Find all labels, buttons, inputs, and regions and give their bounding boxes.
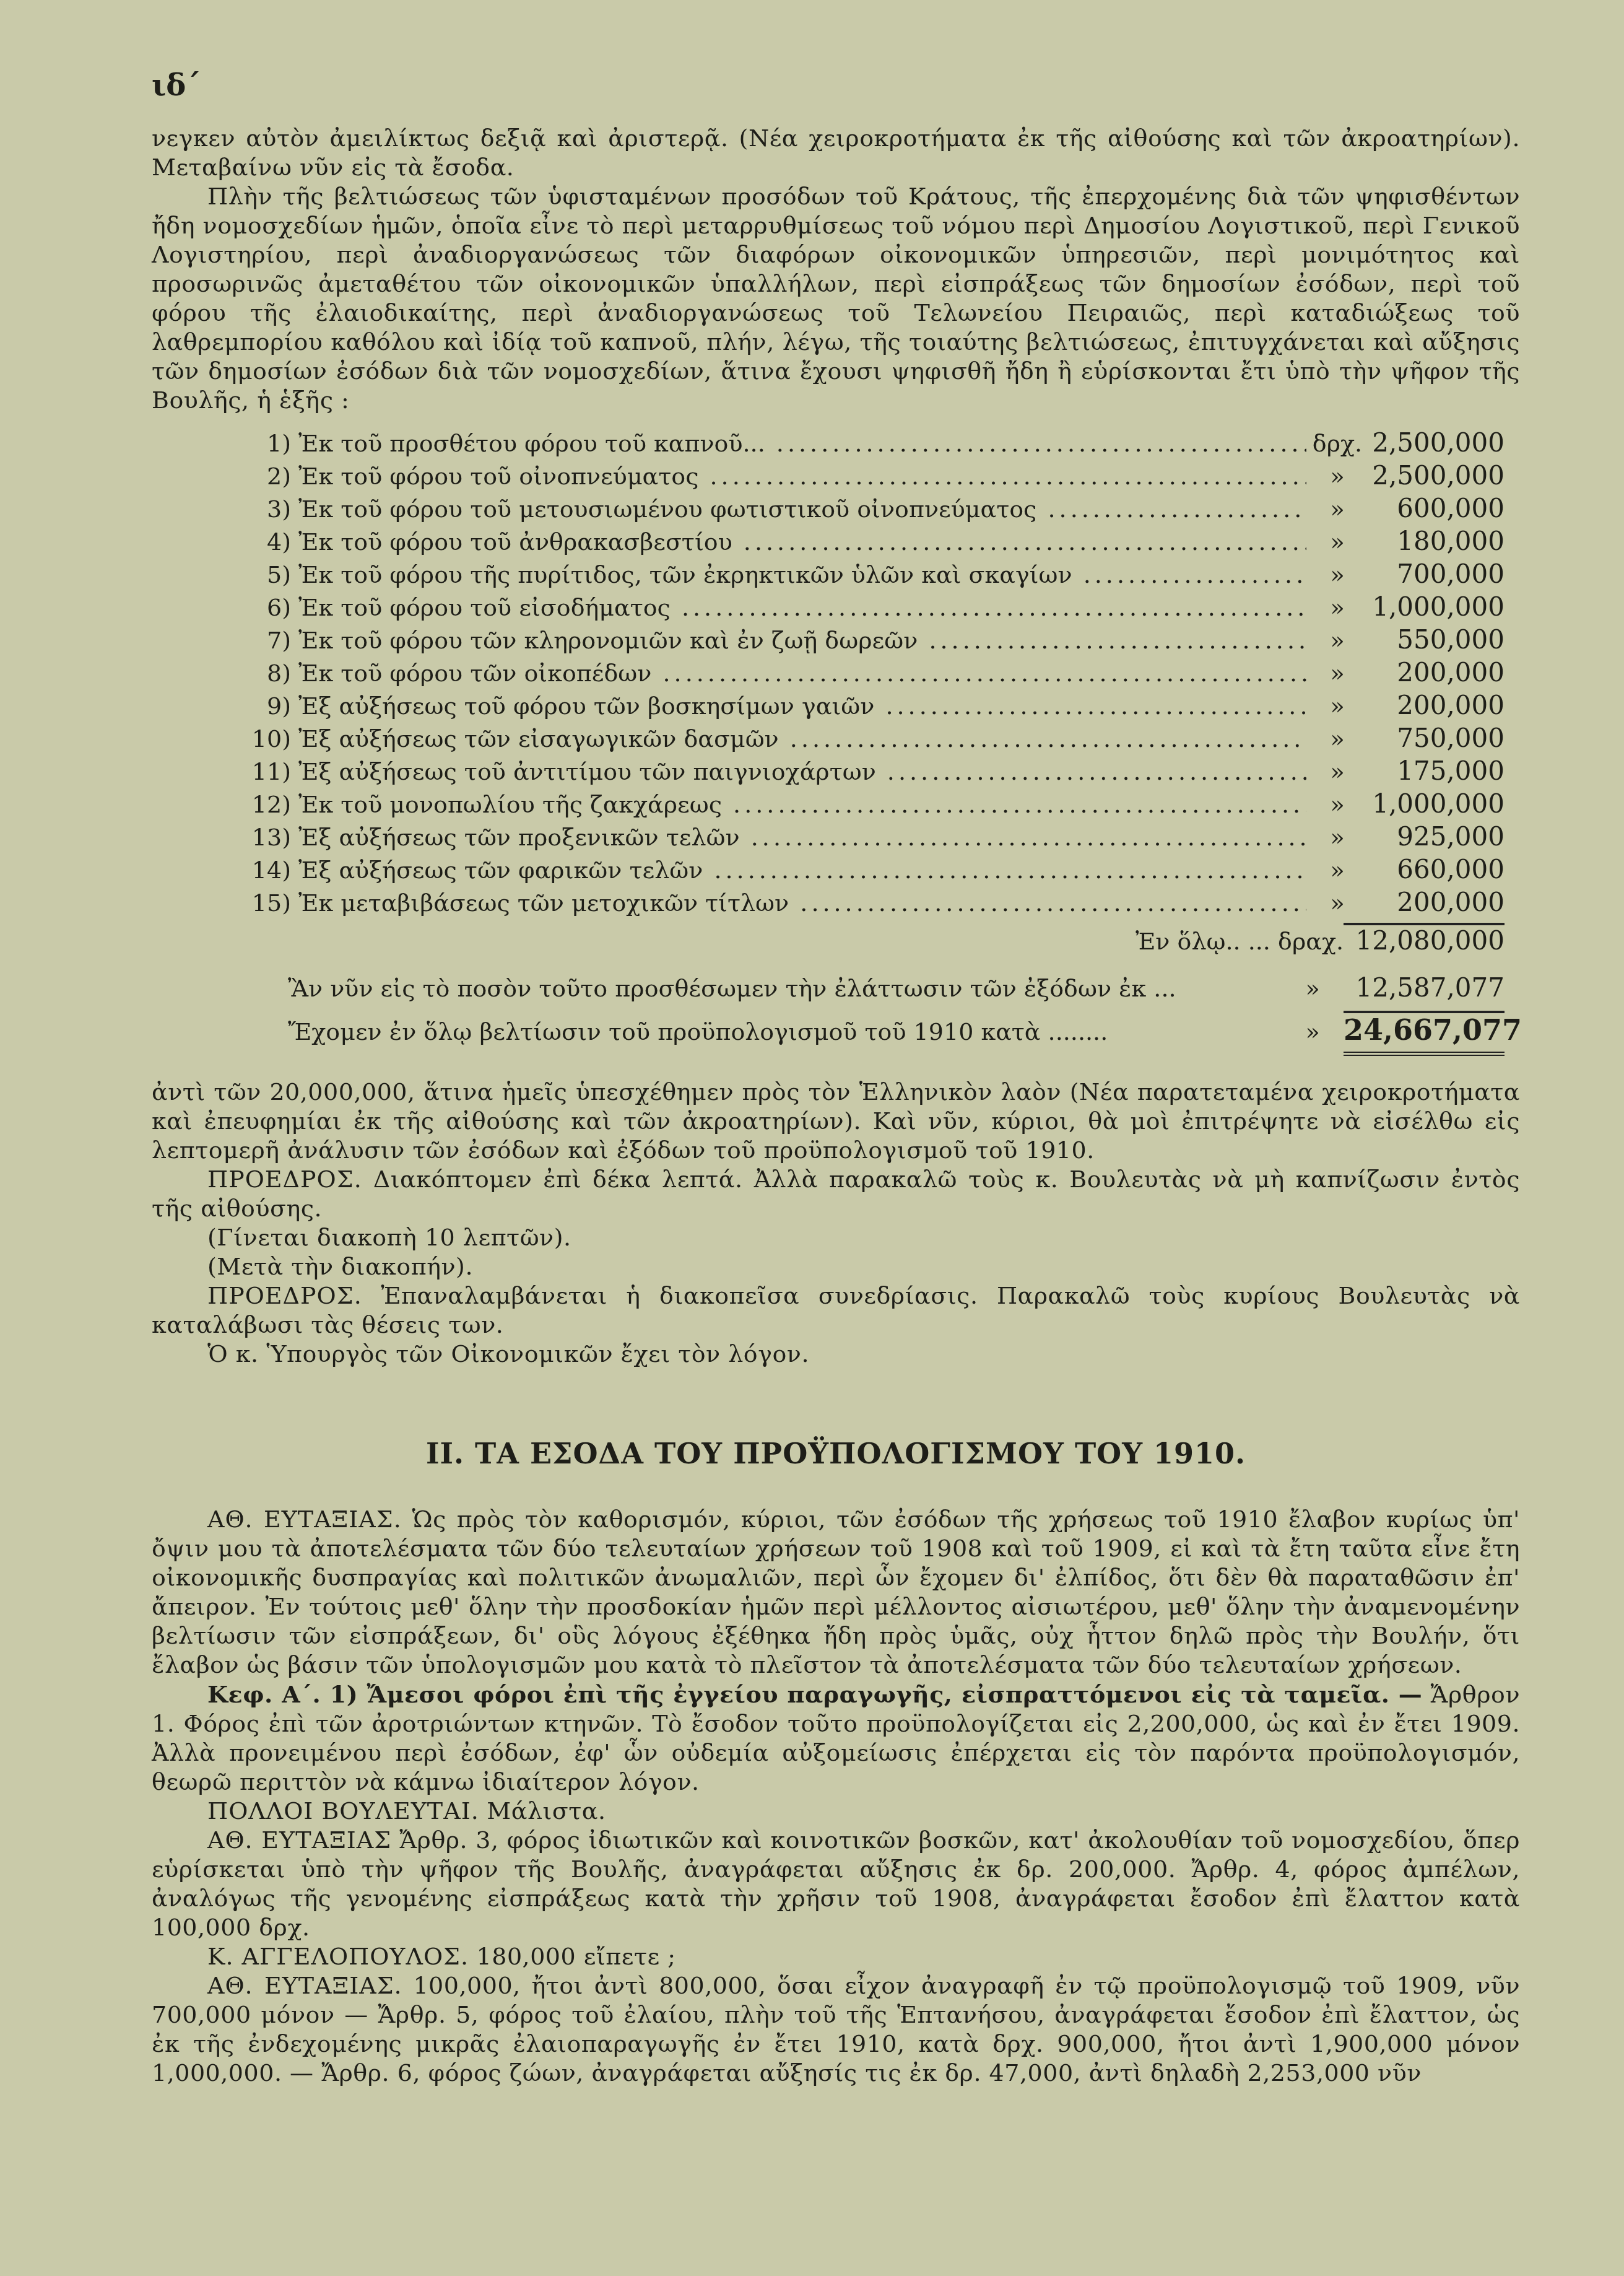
item-amount: 750,000 bbox=[1368, 723, 1505, 753]
item-number: 7) bbox=[241, 627, 291, 654]
item-amount: 925,000 bbox=[1368, 821, 1505, 852]
item-number: 14) bbox=[241, 857, 291, 884]
item-description: Ἐκ μεταβιβάσεως τῶν μετοχικῶν τίτλων bbox=[298, 889, 1306, 917]
item-amount: 600,000 bbox=[1368, 493, 1505, 523]
item-description: Ἐξ αὐξήσεως τῶν εἰσαγωγικῶν δασμῶν bbox=[298, 725, 1306, 752]
chapter-a-paragraph: Κεφ. Α΄. 1) Ἄμεσοι φόροι ἐπὶ τῆς ἐγγείου… bbox=[152, 1680, 1520, 1797]
item-number: 8) bbox=[241, 660, 291, 687]
item-description: Ἐκ τοῦ φόρου τοῦ εἰσοδήματος bbox=[298, 594, 1306, 621]
item-number: 13) bbox=[241, 824, 291, 851]
minister-floor-note: Ὁ κ. Ὑπουργὸς τῶν Οἰκονομικῶν ἔχει τὸν λ… bbox=[152, 1340, 1520, 1369]
revenue-row: 6)Ἐκ τοῦ φόρου τοῦ εἰσοδήματος»1,000,000 bbox=[241, 591, 1505, 624]
item-unit: » bbox=[1306, 758, 1368, 785]
item-description: Ἐκ τοῦ φόρου τοῦ ἀνθρακασβεστίου bbox=[298, 528, 1306, 556]
page-number: ιδ´ bbox=[152, 68, 201, 103]
revenue-row: 1)Ἐκ τοῦ προσθέτου φόρου τοῦ καπνοῦ...δρ… bbox=[241, 427, 1505, 460]
item-number: 3) bbox=[241, 495, 291, 523]
item-unit: » bbox=[1306, 561, 1368, 588]
item-description: Ἐξ αὐξήσεως τοῦ φόρου τῶν βοσκησίμων γαι… bbox=[298, 692, 1306, 720]
item-description: Ἐξ αὐξήσεως τῶν φαρικῶν τελῶν bbox=[298, 857, 1306, 884]
expense-reduction-amount: 12,587,077 bbox=[1344, 972, 1505, 1003]
item-unit: » bbox=[1306, 528, 1368, 556]
revenue-list: 1)Ἐκ τοῦ προσθέτου φόρου τοῦ καπνοῦ...δρ… bbox=[241, 427, 1505, 920]
item-amount: 1,000,000 bbox=[1368, 788, 1505, 819]
item-description: Ἐκ τοῦ προσθέτου φόρου τοῦ καπνοῦ... bbox=[298, 430, 1306, 457]
item-number: 12) bbox=[241, 791, 291, 818]
item-amount: 200,000 bbox=[1368, 690, 1505, 720]
item-number: 1) bbox=[241, 430, 291, 457]
eftaxias-speech-1: ΑΘ. ΕΥΤΑΞΙΑΣ. Ὡς πρὸς τὸν καθορισμόν, κύ… bbox=[152, 1505, 1520, 1680]
revenue-row: 5)Ἐκ τοῦ φόρου τῆς πυρίτιδος, τῶν ἐκρηκτ… bbox=[241, 559, 1505, 591]
item-unit: » bbox=[1306, 791, 1368, 818]
grand-total-label: Ἔχομεν ἐν ὅλῳ βελτίωσιν τοῦ προϋπολογισμ… bbox=[288, 1018, 1282, 1045]
speaker-name: ΠΡΟΕΔΡΟΣ. bbox=[207, 1166, 362, 1193]
item-number: 11) bbox=[241, 758, 291, 785]
item-amount: 200,000 bbox=[1368, 887, 1505, 917]
item-description: Ἐξ αὐξήσεως τῶν προξενικῶν τελῶν bbox=[298, 824, 1306, 851]
section-heading: II. ΤΑ ΕΣΟΔΑ ΤΟΥ ΠΡΟΫΠΟΛΟΓΙΣΜΟΥ ΤΟΥ 1910… bbox=[152, 1437, 1520, 1470]
item-unit: » bbox=[1306, 463, 1368, 490]
totals-block: Ἐν ὅλῳ.. ... δραχ. 12,080,000 Ἂν νῦν εἰς… bbox=[288, 923, 1505, 1056]
item-description: Ἐκ τοῦ φόρου τῆς πυρίτιδος, τῶν ἐκρηκτικ… bbox=[298, 561, 1306, 588]
grand-total-amount: 24,667,077 bbox=[1344, 1013, 1505, 1047]
speaker-name: ΑΘ. ΕΥΤΑΞΙΑΣ. bbox=[207, 1972, 402, 1999]
item-amount: 180,000 bbox=[1368, 526, 1505, 556]
item-unit: » bbox=[1306, 857, 1368, 884]
item-amount: 700,000 bbox=[1368, 559, 1505, 589]
item-unit: » bbox=[1306, 627, 1368, 654]
grand-total-row: Ἔχομεν ἐν ὅλῳ βελτίωσιν τοῦ προϋπολογισμ… bbox=[288, 1013, 1505, 1052]
item-amount: 200,000 bbox=[1368, 657, 1505, 687]
expense-reduction-label: Ἂν νῦν εἰς τὸ ποσὸν τοῦτο προσθέσωμεν τὴ… bbox=[288, 975, 1282, 1002]
item-unit: » bbox=[1306, 692, 1368, 720]
item-number: 15) bbox=[241, 889, 291, 917]
item-number: 5) bbox=[241, 561, 291, 588]
intro-paragraph-1: νεγκεν αὐτὸν ἀμειλίκτως δεξιᾷ καὶ ἀριστε… bbox=[152, 124, 1520, 182]
eftaxias-speech-2: ΑΘ. ΕΥΤΑΞΙΑΣ Ἄρθρ. 3, φόρος ἰδιωτικῶν κα… bbox=[152, 1826, 1520, 1942]
speaker-name: ΑΘ. ΕΥΤΑΞΙΑΣ. bbox=[207, 1506, 402, 1533]
revenue-row: 8)Ἐκ τοῦ φόρου τῶν οἰκοπέδων»200,000 bbox=[241, 657, 1505, 690]
item-amount: 175,000 bbox=[1368, 756, 1505, 786]
item-amount: 660,000 bbox=[1368, 854, 1505, 884]
expense-reduction-row: Ἂν νῦν εἰς τὸ ποσὸν τοῦτο προσθέσωμεν τὴ… bbox=[288, 972, 1505, 1011]
item-unit: » bbox=[1306, 660, 1368, 687]
middle-paragraph-1: ἀντὶ τῶν 20,000,000, ἅτινα ἡμεῖς ὑπεσχέθ… bbox=[152, 1078, 1520, 1165]
grand-total-unit: » bbox=[1282, 1018, 1344, 1045]
item-number: 10) bbox=[241, 725, 291, 752]
speaker-name: ΑΘ. ΕΥΤΑΞΙΑΣ bbox=[207, 1826, 391, 1854]
chapter-title: Κεφ. Α΄. 1) Ἄμεσοι φόροι ἐπὶ τῆς ἐγγείου… bbox=[207, 1680, 1422, 1708]
revenue-row: 11)Ἐξ αὐξήσεως τοῦ ἀντιτίμου τῶν παιγνιο… bbox=[241, 756, 1505, 788]
angelopoulos-remark: Κ. ΑΓΓΕΛΟΠΟΥΛΟΣ. 180,000 εἴπετε ; bbox=[152, 1942, 1520, 1971]
expense-reduction-unit: » bbox=[1282, 975, 1344, 1002]
item-amount: 550,000 bbox=[1368, 624, 1505, 655]
item-amount: 1,000,000 bbox=[1368, 591, 1505, 622]
eftaxias-speech-3: ΑΘ. ΕΥΤΑΞΙΑΣ. 100,000, ἤτοι ἀντὶ 800,000… bbox=[152, 1971, 1520, 2088]
item-unit: » bbox=[1306, 594, 1368, 621]
item-number: 9) bbox=[241, 692, 291, 720]
revenue-row: 4)Ἐκ τοῦ φόρου τοῦ ἀνθρακασβεστίου»180,0… bbox=[241, 526, 1505, 559]
item-description: Ἐκ τοῦ φόρου τοῦ οἰνοπνεύματος bbox=[298, 463, 1306, 490]
revenue-row: 14)Ἐξ αὐξήσεως τῶν φαρικῶν τελῶν»660,000 bbox=[241, 854, 1505, 887]
speech-text: Μάλιστα. bbox=[479, 1797, 606, 1825]
item-number: 2) bbox=[241, 463, 291, 490]
item-description: Ἐκ τοῦ μονοπωλίου τῆς ζακχάρεως bbox=[298, 791, 1306, 818]
stage-direction-2: (Μετὰ τὴν διακοπήν). bbox=[152, 1252, 1520, 1281]
item-number: 6) bbox=[241, 594, 291, 621]
revenue-row: 13)Ἐξ αὐξήσεως τῶν προξενικῶν τελῶν»925,… bbox=[241, 821, 1505, 854]
president-remark-1: ΠΡΟΕΔΡΟΣ. Διακόπτομεν ἐπὶ δέκα λεπτά. Ἀλ… bbox=[152, 1165, 1520, 1223]
item-description: Ἐκ τοῦ φόρου τῶν οἰκοπέδων bbox=[298, 660, 1306, 687]
item-description: Ἐκ τοῦ φόρου τῶν κληρονομιῶν καὶ ἐν ζωῇ … bbox=[298, 627, 1306, 654]
total-label: Ἐν ὅλῳ.. ... δραχ. bbox=[288, 928, 1344, 955]
item-description: Ἐκ τοῦ φόρου τοῦ μετουσιωμένου φωτιστικο… bbox=[298, 495, 1306, 523]
revenue-section: ΑΘ. ΕΥΤΑΞΙΑΣ. Ὡς πρὸς τὸν καθορισμόν, κύ… bbox=[152, 1505, 1520, 2088]
speech-text: 180,000 εἴπετε ; bbox=[469, 1943, 676, 1970]
revenue-row: 2)Ἐκ τοῦ φόρου τοῦ οἰνοπνεύματος»2,500,0… bbox=[241, 460, 1505, 493]
speaker-name: ΠΟΛΛΟΙ ΒΟΥΛΕΥΤΑΙ. bbox=[207, 1797, 479, 1825]
intro-paragraph-2: Πλὴν τῆς βελτιώσεως τῶν ὑφισταμένων προσ… bbox=[152, 182, 1520, 415]
intro-section: νεγκεν αὐτὸν ἀμειλίκτως δεξιᾷ καὶ ἀριστε… bbox=[152, 124, 1520, 415]
revenue-row: 15)Ἐκ μεταβιβάσεως τῶν μετοχικῶν τίτλων»… bbox=[241, 887, 1505, 920]
revenue-row: 12)Ἐκ τοῦ μονοπωλίου τῆς ζακχάρεως»1,000… bbox=[241, 788, 1505, 821]
deputies-remark: ΠΟΛΛΟΙ ΒΟΥΛΕΥΤΑΙ. Μάλιστα. bbox=[152, 1797, 1520, 1826]
speaker-name: Κ. ΑΓΓΕΛΟΠΟΥΛΟΣ. bbox=[207, 1943, 469, 1970]
revenue-row: 10)Ἐξ αὐξήσεως τῶν εἰσαγωγικῶν δασμῶν»75… bbox=[241, 723, 1505, 756]
revenue-row: 9)Ἐξ αὐξήσεως τοῦ φόρου τῶν βοσκησίμων γ… bbox=[241, 690, 1505, 723]
speaker-name: ΠΡΟΕΔΡΟΣ. bbox=[207, 1282, 362, 1309]
stage-direction-1: (Γίνεται διακοπὴ 10 λεπτῶν). bbox=[152, 1223, 1520, 1252]
item-unit: » bbox=[1306, 824, 1368, 851]
item-number: 4) bbox=[241, 528, 291, 556]
item-unit: » bbox=[1306, 889, 1368, 917]
middle-section: ἀντὶ τῶν 20,000,000, ἅτινα ἡμεῖς ὑπεσχέθ… bbox=[152, 1078, 1520, 1369]
item-unit: » bbox=[1306, 725, 1368, 752]
item-amount: 2,500,000 bbox=[1368, 460, 1505, 491]
grand-total-double-rule bbox=[1344, 1052, 1505, 1056]
item-amount: 2,500,000 bbox=[1368, 427, 1505, 458]
item-unit: δρχ. bbox=[1306, 430, 1368, 457]
total-row: Ἐν ὅλῳ.. ... δραχ. 12,080,000 bbox=[288, 925, 1505, 964]
president-remark-2: ΠΡΟΕΔΡΟΣ. Ἐπαναλαμβάνεται ἡ διακοπεῖσα σ… bbox=[152, 1281, 1520, 1340]
item-unit: » bbox=[1306, 495, 1368, 523]
total-amount: 12,080,000 bbox=[1344, 925, 1505, 956]
item-description: Ἐξ αὐξήσεως τοῦ ἀντιτίμου τῶν παιγνιοχάρ… bbox=[298, 758, 1306, 785]
revenue-row: 3)Ἐκ τοῦ φόρου τοῦ μετουσιωμένου φωτιστι… bbox=[241, 493, 1505, 526]
revenue-row: 7)Ἐκ τοῦ φόρου τῶν κληρονομιῶν καὶ ἐν ζω… bbox=[241, 624, 1505, 657]
